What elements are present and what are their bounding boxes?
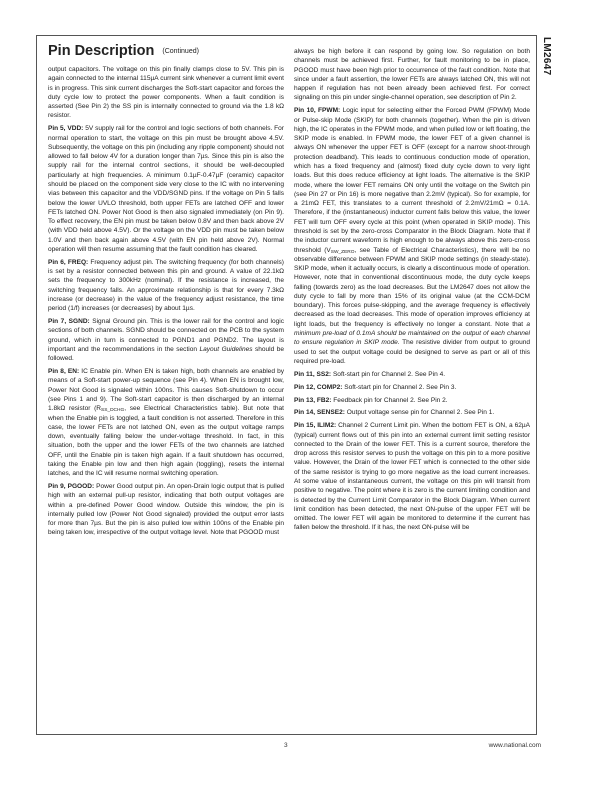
pin-12-comp2: Pin 12, COMP2: Soft-start pin for Channe… bbox=[294, 383, 530, 392]
pin-13-fb2: Pin 13, FB2: Feedback pin for Channel 2.… bbox=[294, 396, 530, 405]
page-number: 3 bbox=[284, 742, 288, 749]
pin-label: Pin 14, SENSE2: bbox=[294, 409, 345, 416]
subscript: SW_ZERO bbox=[331, 250, 355, 255]
footer-url[interactable]: www.national.com bbox=[489, 742, 541, 749]
continued-label: (Continued) bbox=[162, 48, 199, 55]
pin-8-en: Pin 8, EN: IC Enable pin. When EN is tak… bbox=[48, 367, 284, 478]
right-column: always be high before it can respond by … bbox=[294, 47, 530, 536]
pin-description: 5V supply rail for the control and logic… bbox=[48, 125, 284, 253]
layout-guidelines-reference: Layout Guidelines bbox=[199, 346, 252, 353]
paragraph: output capacitors. The voltage on this p… bbox=[48, 65, 284, 121]
pin-15-ilim2: Pin 15, ILIM2: Channel 2 Current Limit p… bbox=[294, 421, 530, 532]
pin-label: Pin 9, PGOOD: bbox=[48, 483, 94, 490]
pin-9-pgood: Pin 9, PGOOD: Power Good output pin. An … bbox=[48, 482, 284, 538]
pin-label: Pin 8, EN: bbox=[48, 368, 79, 375]
pin-description: Soft-start pin for Channel 2. See Pin 3. bbox=[342, 384, 456, 391]
pin-label: Pin 7, SGND: bbox=[48, 318, 90, 325]
pin-description-tail: , see Electrical Characteristics table).… bbox=[48, 405, 284, 477]
pin-label: Pin 11, SS2: bbox=[294, 371, 331, 378]
pin-label: Pin 13, FB2: bbox=[294, 397, 331, 404]
pin-label: Pin 15, ILIM2: bbox=[294, 422, 336, 429]
section-title: Pin Description bbox=[48, 43, 154, 59]
pin-description: Soft-start pin for Channel 2. See Pin 4. bbox=[331, 371, 445, 378]
paragraph-text: always be high before it can respond by … bbox=[294, 48, 530, 101]
pin-description: Frequency adjust pin. The switching freq… bbox=[48, 259, 284, 312]
left-column: Pin Description(Continued) output capaci… bbox=[48, 42, 284, 541]
part-number-side-label: LM2647 bbox=[541, 37, 552, 76]
pin-description-tail: , see Table of Electrical Characteristic… bbox=[294, 247, 530, 328]
paragraph: always be high before it can respond by … bbox=[294, 47, 530, 103]
paragraph-text: output capacitors. The voltage on this p… bbox=[48, 66, 284, 119]
pin-10-fpwm: Pin 10, FPWM: Logic input for selecting … bbox=[294, 106, 530, 366]
page-title: Pin Description(Continued) bbox=[48, 42, 284, 61]
pin-7-sgnd: Pin 7, SGND: Signal Ground pin. This is … bbox=[48, 317, 284, 363]
pin-14-sense2: Pin 14, SENSE2: Output voltage sense pin… bbox=[294, 408, 530, 417]
pin-description: Output voltage sense pin for Channel 2. … bbox=[345, 409, 494, 416]
pin-label: Pin 5, VDD: bbox=[48, 125, 83, 132]
pin-11-ss2: Pin 11, SS2: Soft-start pin for Channel … bbox=[294, 370, 530, 379]
pin-5-vdd: Pin 5, VDD: 5V supply rail for the contr… bbox=[48, 124, 284, 254]
content-frame: Pin Description(Continued) output capaci… bbox=[36, 35, 537, 735]
subscript: SS_DCHG bbox=[101, 408, 124, 413]
pin-description: Channel 2 Current Limit pin. When the bo… bbox=[294, 422, 530, 531]
pin-label: Pin 12, COMP2: bbox=[294, 384, 342, 391]
pin-label: Pin 6, FREQ: bbox=[48, 259, 88, 266]
pin-label: Pin 10, FPWM: bbox=[294, 107, 340, 114]
pin-description: Feedback pin for Channel 2. See Pin 2. bbox=[331, 397, 447, 404]
pin-6-freq: Pin 6, FREQ: Frequency adjust pin. The s… bbox=[48, 258, 284, 314]
pin-description: Power Good output pin. An open-Drain log… bbox=[48, 483, 284, 536]
pin-description: Logic input for selecting either the For… bbox=[294, 107, 530, 253]
